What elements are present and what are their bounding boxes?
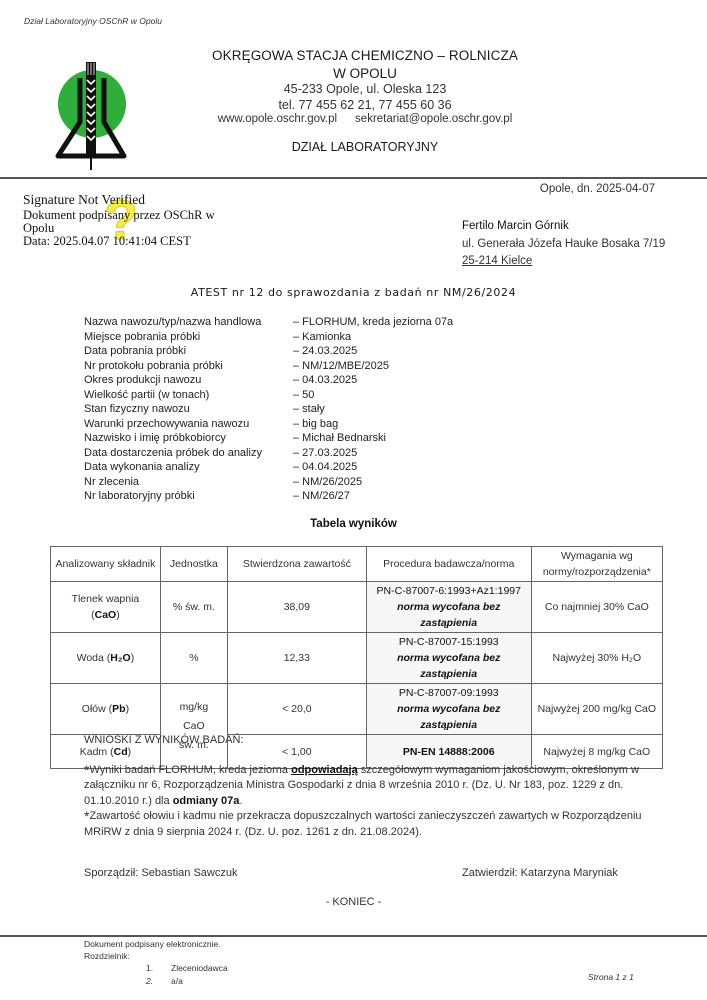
oschr-logo-icon xyxy=(50,60,130,170)
unit-cell: % św. m. xyxy=(160,582,227,633)
document-title: ATEST nr 12 do sprawozdania z badań nr N… xyxy=(0,286,707,299)
requirement-cell: Co najmniej 30% CaO xyxy=(531,582,662,633)
info-label: Miejsce pobrania próbki xyxy=(84,330,293,345)
info-value: – 24.03.2025 xyxy=(293,344,357,359)
info-label: Okres produkcji nawozu xyxy=(84,373,293,388)
e-signed-note: Dokument podpisany elektronicznie. xyxy=(84,938,228,950)
column-header: Procedura badawcza/norma xyxy=(366,547,531,582)
info-label: Wielkość partii (w tonach) xyxy=(84,388,293,403)
department-name: DZIAŁ LABORATORYJNY xyxy=(150,140,580,154)
info-label: Nazwa nawozu/typ/nazwa handlowa xyxy=(84,315,293,330)
info-value: – FLORHUM, kreda jeziorna 07a xyxy=(293,315,453,330)
document-date: Opole, dn. 2025-04-07 xyxy=(540,183,655,195)
info-value: – 27.03.2025 xyxy=(293,446,357,461)
list-item: 1.Zleceniodawca xyxy=(146,962,228,975)
column-header: Analizowany składnik xyxy=(51,547,161,582)
info-row: Nr laboratoryjny próbki– NM/26/27 xyxy=(84,489,453,504)
header-divider xyxy=(0,177,707,179)
requirement-cell: Najwyżej 30% H₂O xyxy=(531,633,662,684)
info-value: – Michał Bednarski xyxy=(293,431,386,446)
info-label: Nr laboratoryjny próbki xyxy=(84,489,293,504)
info-label: Stan fizyczny nawozu xyxy=(84,402,293,417)
unit-cell: % xyxy=(160,633,227,684)
page-number: Strona 1 z 1 xyxy=(588,972,634,982)
results-table-title: Tabela wyników xyxy=(0,518,707,530)
info-value: – NM/12/MBE/2025 xyxy=(293,359,389,374)
component-cell: Woda (H₂O) xyxy=(51,633,161,684)
info-row: Data wykonania analizy– 04.04.2025 xyxy=(84,460,453,475)
info-label: Data dostarczenia próbek do analizy xyxy=(84,446,293,461)
conclusion-paragraph: *Wyniki badań FLORHUM, kreda jeziorna od… xyxy=(84,763,644,810)
signature-status: Signature Not Verified xyxy=(23,193,253,206)
column-header: Wymagania wg normy/rozporządzenia* xyxy=(531,547,662,582)
info-label: Data wykonania analizy xyxy=(84,460,293,475)
info-value: – Kamionka xyxy=(293,330,351,345)
signature-block[interactable]: Signature Not Verified Dokument podpisan… xyxy=(23,193,253,248)
organization-name: OKRĘGOWA STACJA CHEMICZNO – ROLNICZA xyxy=(150,48,580,63)
info-row: Nazwisko i imię próbkobiorcy– Michał Bed… xyxy=(84,431,453,446)
norm-cell: PN-C-87007-6:1993+Az1:1997norma wycofana… xyxy=(366,582,531,633)
conclusion-paragraph: *Zawartość ołowiu i kadmu nie przekracza… xyxy=(84,809,644,840)
organization-phone: tel. 77 455 62 21, 77 455 60 36 xyxy=(150,98,580,112)
value-cell: 38,09 xyxy=(227,582,366,633)
info-value: – NM/26/27 xyxy=(293,489,350,504)
info-value: – NM/26/2025 xyxy=(293,475,362,490)
info-label: Nazwisko i imię próbkobiorcy xyxy=(84,431,293,446)
website-link[interactable]: www.opole.oschr.gov.pl xyxy=(218,113,337,125)
info-row: Nazwa nawozu/typ/nazwa handlowa– FLORHUM… xyxy=(84,315,453,330)
info-label: Data pobrania próbki xyxy=(84,344,293,359)
table-row: Woda (H₂O) % 12,33 PN-C-87007-15:1993nor… xyxy=(51,633,663,684)
organization-address: 45-233 Opole, ul. Oleska 123 xyxy=(150,82,580,96)
component-cell: Ołów (Pb) xyxy=(51,684,161,735)
recipient-name: Fertilo Marcin Górnik xyxy=(462,218,665,236)
info-row: Nr protokołu pobrania próbki– NM/12/MBE/… xyxy=(84,359,453,374)
table-row: Tlenek wapnia(CaO) % św. m. 38,09 PN-C-8… xyxy=(51,582,663,633)
list-item: 2.a/a xyxy=(146,975,228,988)
info-row: Warunki przechowywania nawozu– big bag xyxy=(84,417,453,432)
footer-divider xyxy=(0,935,707,937)
info-value: – 04.04.2025 xyxy=(293,460,357,475)
approved-by: Zatwierdził: Katarzyna Maryniak xyxy=(462,867,618,879)
conclusions: WNIOSKI Z WYNIKÓW BADAŃ: *Wyniki badań F… xyxy=(84,733,644,840)
info-value: – 04.03.2025 xyxy=(293,373,357,388)
sample-info-list: Nazwa nawozu/typ/nazwa handlowa– FLORHUM… xyxy=(84,315,453,504)
table-header-row: Analizowany składnik Jednostka Stwierdzo… xyxy=(51,547,663,582)
info-row: Stan fizyczny nawozu– stały xyxy=(84,402,453,417)
recipient-address: Fertilo Marcin Górnik ul. Generała Józef… xyxy=(462,218,665,271)
signature-date: Data: 2025.04.07 10:41:04 CEST xyxy=(23,235,253,248)
norm-cell: PN-C-87007-15:1993norma wycofana bez zas… xyxy=(366,633,531,684)
email-link[interactable]: sekretariat@opole.oschr.gov.pl xyxy=(355,113,512,125)
value-cell: 12,33 xyxy=(227,633,366,684)
end-marker: - KONIEC - xyxy=(0,896,707,908)
recipient-street: ul. Generała Józefa Hauke Bosaka 7/19 xyxy=(462,236,665,254)
footer: Dokument podpisany elektronicznie. Rozdz… xyxy=(84,938,228,988)
distribution-list: 1.Zleceniodawca 2.a/a xyxy=(84,962,228,988)
info-value: – 50 xyxy=(293,388,314,403)
running-header: Dział Laboratoryjny OSChR w Opolu xyxy=(24,16,162,26)
info-row: Miejsce pobrania próbki– Kamionka xyxy=(84,330,453,345)
component-cell: Tlenek wapnia(CaO) xyxy=(51,582,161,633)
info-label: Nr zlecenia xyxy=(84,475,293,490)
info-row: Data pobrania próbki– 24.03.2025 xyxy=(84,344,453,359)
organization-contacts: www.opole.oschr.gov.plsekretariat@opole.… xyxy=(150,113,580,125)
recipient-city: 25-214 Kielce xyxy=(462,253,665,271)
column-header: Stwierdzona zawartość xyxy=(227,547,366,582)
info-row: Wielkość partii (w tonach)– 50 xyxy=(84,388,453,403)
info-label: Nr protokołu pobrania próbki xyxy=(84,359,293,374)
conclusions-heading: WNIOSKI Z WYNIKÓW BADAŃ: xyxy=(84,733,644,749)
prepared-by: Sporządził: Sebastian Sawczuk xyxy=(84,867,237,879)
column-header: Jednostka xyxy=(160,547,227,582)
distribution-label: Rozdzielnik: xyxy=(84,950,228,962)
info-value: – stały xyxy=(293,402,325,417)
info-label: Warunki przechowywania nawozu xyxy=(84,417,293,432)
info-value: – big bag xyxy=(293,417,338,432)
signature-line: Dokument podpisany przez OSChR w xyxy=(23,209,253,222)
requirement-cell: Najwyżej 200 mg/kg CaO xyxy=(531,684,662,735)
organization-city: W OPOLU xyxy=(150,66,580,81)
norm-cell: PN-C-87007-09:1993norma wycofana bez zas… xyxy=(366,684,531,735)
info-row: Data dostarczenia próbek do analizy– 27.… xyxy=(84,446,453,461)
value-cell: < 20,0 xyxy=(227,684,366,735)
info-row: Nr zlecenia– NM/26/2025 xyxy=(84,475,453,490)
table-row: Ołów (Pb) mg/kgCaOśw. m. < 20,0 PN-C-870… xyxy=(51,684,663,735)
info-row: Okres produkcji nawozu– 04.03.2025 xyxy=(84,373,453,388)
